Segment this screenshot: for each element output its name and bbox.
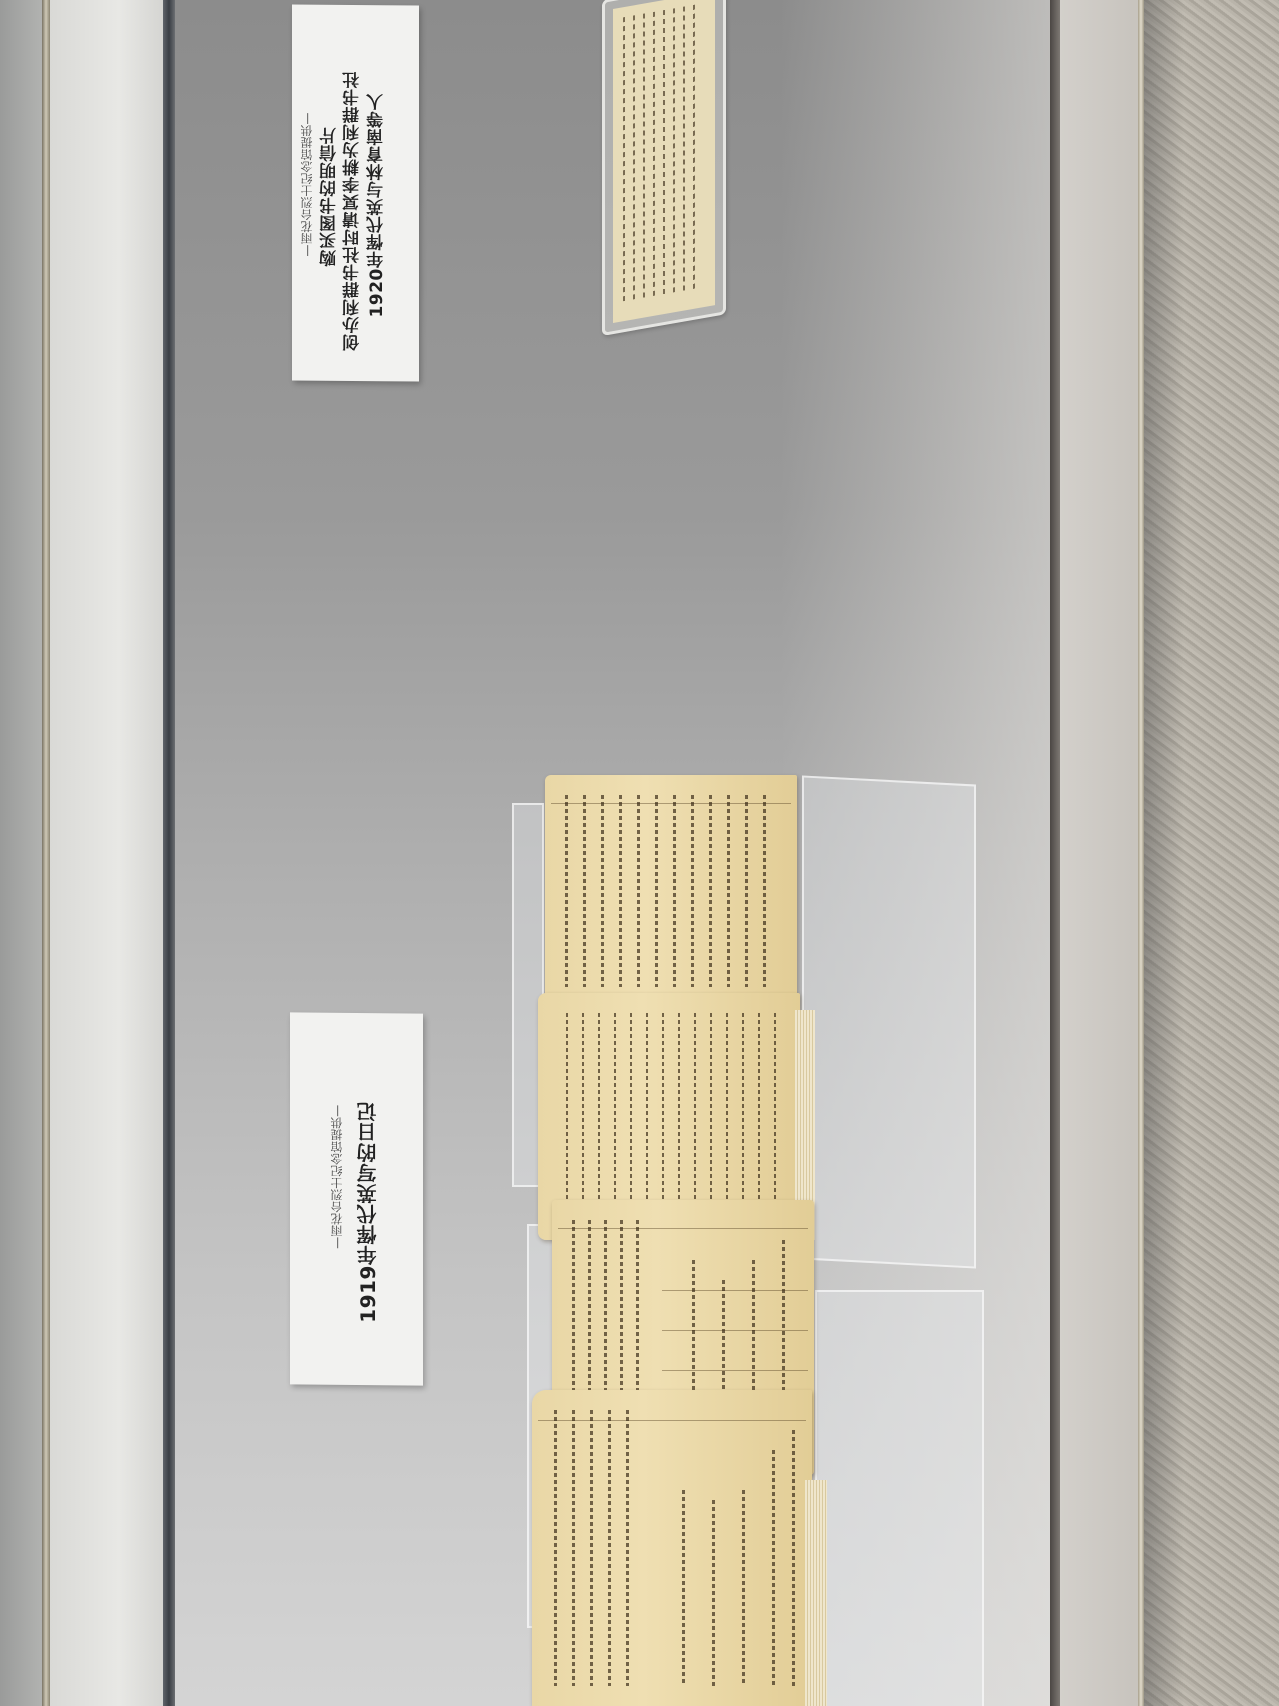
label-line-3: 购买图书的明信片	[317, 127, 342, 267]
label-line-1: 1920年恽代英与林育南等人	[364, 93, 389, 318]
case-right-rail	[1138, 0, 1144, 1706]
label-credit: —雨花台烈士纪念馆提供—	[328, 1105, 345, 1249]
case-right-divider	[1050, 0, 1060, 1706]
postcard-acrylic-frame	[602, 0, 726, 336]
diary-page-handwritten-bottom	[532, 1390, 812, 1706]
label-line-2: 创办利群书社时请冥李耕为利群书社	[340, 71, 365, 351]
label-line-1: 1919年恽代英写的日记	[353, 1101, 382, 1323]
acrylic-sheet-lower	[815, 1290, 984, 1706]
postcard	[613, 0, 715, 323]
exhibit-label-diary: 1919年恽代英写的日记 —雨花台烈士纪念馆提供—	[290, 1012, 423, 1385]
wall-shadow	[1144, 0, 1184, 1706]
case-right-panel	[1060, 0, 1140, 1706]
case-left-panel	[50, 0, 165, 1706]
diary-page-edges-lower	[805, 1480, 827, 1706]
acrylic-sheet-upper	[802, 775, 976, 1268]
label-credit: —雨花台烈士纪念馆提供—	[298, 112, 315, 256]
case-left-rail	[42, 0, 50, 1706]
case-left-frame	[0, 0, 45, 1706]
case-left-divider	[163, 0, 175, 1706]
diary-page-handwritten-upper	[545, 775, 797, 1007]
exhibit-label-postcard: 1920年恽代英与林育南等人 创办利群书社时请冥李耕为利群书社 购买图书的明信片…	[292, 4, 419, 381]
